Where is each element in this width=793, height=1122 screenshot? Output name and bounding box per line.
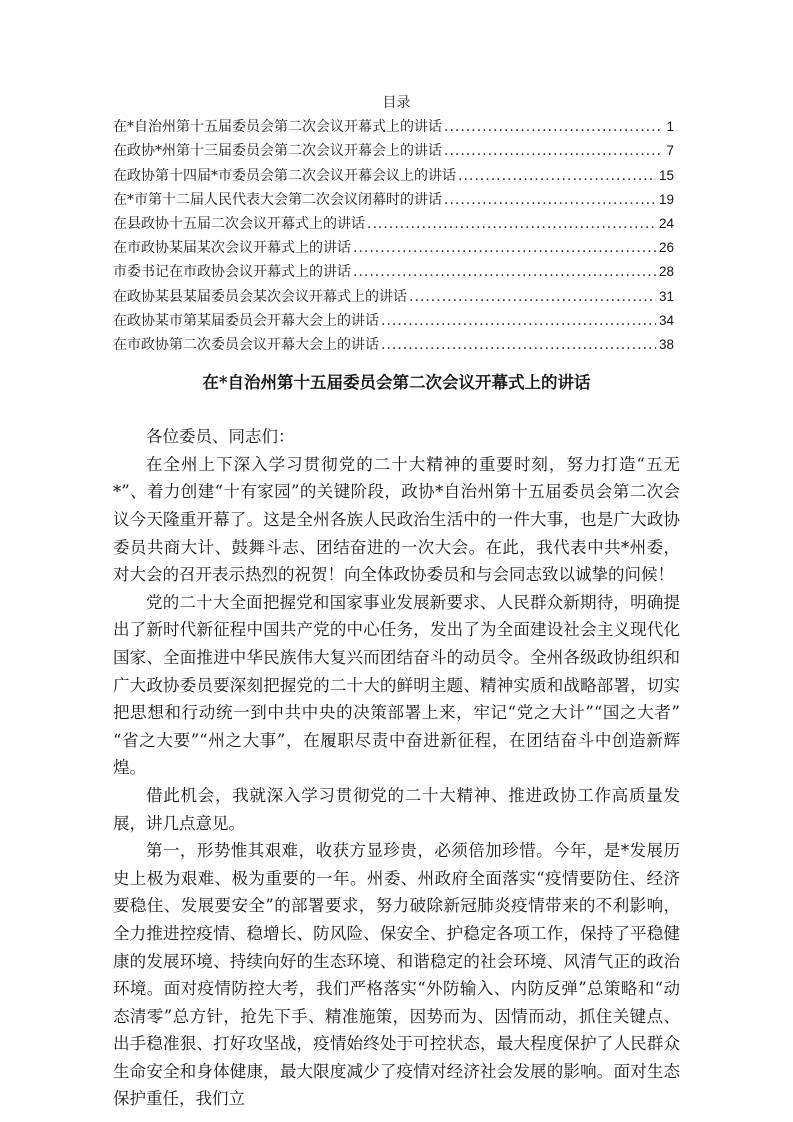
toc-list: 在*自治州第十五届委员会第二次会议开幕式上的讲话1在政协*州第十三届委员会第二次… bbox=[113, 115, 680, 357]
article-body: 各位委员、同志们：在全州上下深入学习贯彻党的二十大精神的重要时刻，努力打造“五无… bbox=[113, 423, 680, 1113]
toc-entry[interactable]: 在市政协第二次委员会议开幕大会上的讲话38 bbox=[113, 333, 680, 357]
document-page: 目录 在*自治州第十五届委员会第二次会议开幕式上的讲话1在政协*州第十三届委员会… bbox=[0, 0, 793, 1122]
toc-page-number: 34 bbox=[659, 309, 674, 332]
toc-page-number: 7 bbox=[666, 139, 674, 162]
toc-entry-title[interactable]: 在*市第十二届人民代表大会第二次会议闭幕时的讲话 bbox=[113, 189, 442, 212]
toc-entry-title[interactable]: 在市政协某届某次会议开幕式上的讲话 bbox=[113, 237, 351, 260]
toc-entry[interactable]: 在县政协十五届二次会议开幕式上的讲话24 bbox=[113, 212, 680, 236]
toc-entry-title[interactable]: 在政协第十四届*市委员会第二次会议开幕会议上的讲话 bbox=[113, 165, 456, 188]
toc-entry[interactable]: 在*自治州第十五届委员会第二次会议开幕式上的讲话1 bbox=[113, 115, 680, 139]
article-paragraph: 借此机会，我就深入学习贯彻党的二十大精神、推进政协工作高质量发展，讲几点意见。 bbox=[113, 782, 680, 837]
toc-page-number: 19 bbox=[659, 188, 674, 211]
toc-dot-leader bbox=[367, 213, 656, 236]
toc-entry[interactable]: 市委书记在市政协会议开幕式上的讲话28 bbox=[113, 260, 680, 284]
toc-heading: 目录 bbox=[113, 92, 680, 115]
toc-page-number: 1 bbox=[666, 115, 674, 138]
article-paragraph: 党的二十大全面把握党和国家事业发展新要求、人民群众新期待，明确提出了新时代新征程… bbox=[113, 589, 680, 782]
toc-entry[interactable]: 在政协第十四届*市委员会第二次会议开幕会议上的讲话15 bbox=[113, 164, 680, 188]
toc-entry-title[interactable]: 在政协某县某届委员会某次会议开幕式上的讲话 bbox=[113, 286, 407, 309]
article-paragraph: 第一，形势惟其艰难，收获方显珍贵，必须倍加珍惜。今年，是*发展历史上极为艰难、极… bbox=[113, 837, 680, 1113]
article-paragraph: 各位委员、同志们： bbox=[113, 423, 680, 451]
toc-page-number: 26 bbox=[659, 236, 674, 259]
article-paragraph: 在全州上下深入学习贯彻党的二十大精神的重要时刻，努力打造“五无*”、着力创建“十… bbox=[113, 451, 680, 589]
toc-page-number: 15 bbox=[659, 164, 674, 187]
toc-page-number: 24 bbox=[659, 212, 674, 235]
toc-dot-leader bbox=[381, 310, 656, 333]
toc-entry-title[interactable]: 在*自治州第十五届委员会第二次会议开幕式上的讲话 bbox=[113, 116, 442, 139]
toc-page-number: 38 bbox=[659, 333, 674, 356]
toc-dot-leader bbox=[353, 237, 656, 260]
toc-entry[interactable]: 在政协某县某届委员会某次会议开幕式上的讲话31 bbox=[113, 285, 680, 309]
toc-page-number: 31 bbox=[659, 285, 674, 308]
toc-entry-title[interactable]: 在县政协十五届二次会议开幕式上的讲话 bbox=[113, 213, 365, 236]
toc-dot-leader bbox=[353, 261, 656, 284]
toc-entry-title[interactable]: 在政协某市第某届委员会开幕大会上的讲话 bbox=[113, 310, 379, 333]
toc-entry[interactable]: 在政协*州第十三届委员会第二次会议开幕会上的讲话7 bbox=[113, 139, 680, 163]
toc-dot-leader bbox=[458, 165, 656, 188]
toc-dot-leader bbox=[381, 334, 656, 357]
toc-entry[interactable]: 在*市第十二届人民代表大会第二次会议闭幕时的讲话19 bbox=[113, 188, 680, 212]
toc-entry-title[interactable]: 在市政协第二次委员会议开幕大会上的讲话 bbox=[113, 334, 379, 357]
toc-entry[interactable]: 在市政协某届某次会议开幕式上的讲话26 bbox=[113, 236, 680, 260]
toc-dot-leader bbox=[409, 286, 656, 309]
toc-dot-leader bbox=[444, 116, 663, 139]
toc-dot-leader bbox=[444, 189, 656, 212]
article-title: 在*自治州第十五届委员会第二次会议开幕式上的讲话 bbox=[113, 371, 680, 395]
toc-entry-title[interactable]: 市委书记在市政协会议开幕式上的讲话 bbox=[113, 261, 351, 284]
table-of-contents: 目录 在*自治州第十五届委员会第二次会议开幕式上的讲话1在政协*州第十三届委员会… bbox=[113, 92, 680, 357]
toc-entry[interactable]: 在政协某市第某届委员会开幕大会上的讲话34 bbox=[113, 309, 680, 333]
toc-entry-title[interactable]: 在政协*州第十三届委员会第二次会议开幕会上的讲话 bbox=[113, 140, 442, 163]
toc-dot-leader bbox=[444, 140, 663, 163]
toc-page-number: 28 bbox=[659, 260, 674, 283]
